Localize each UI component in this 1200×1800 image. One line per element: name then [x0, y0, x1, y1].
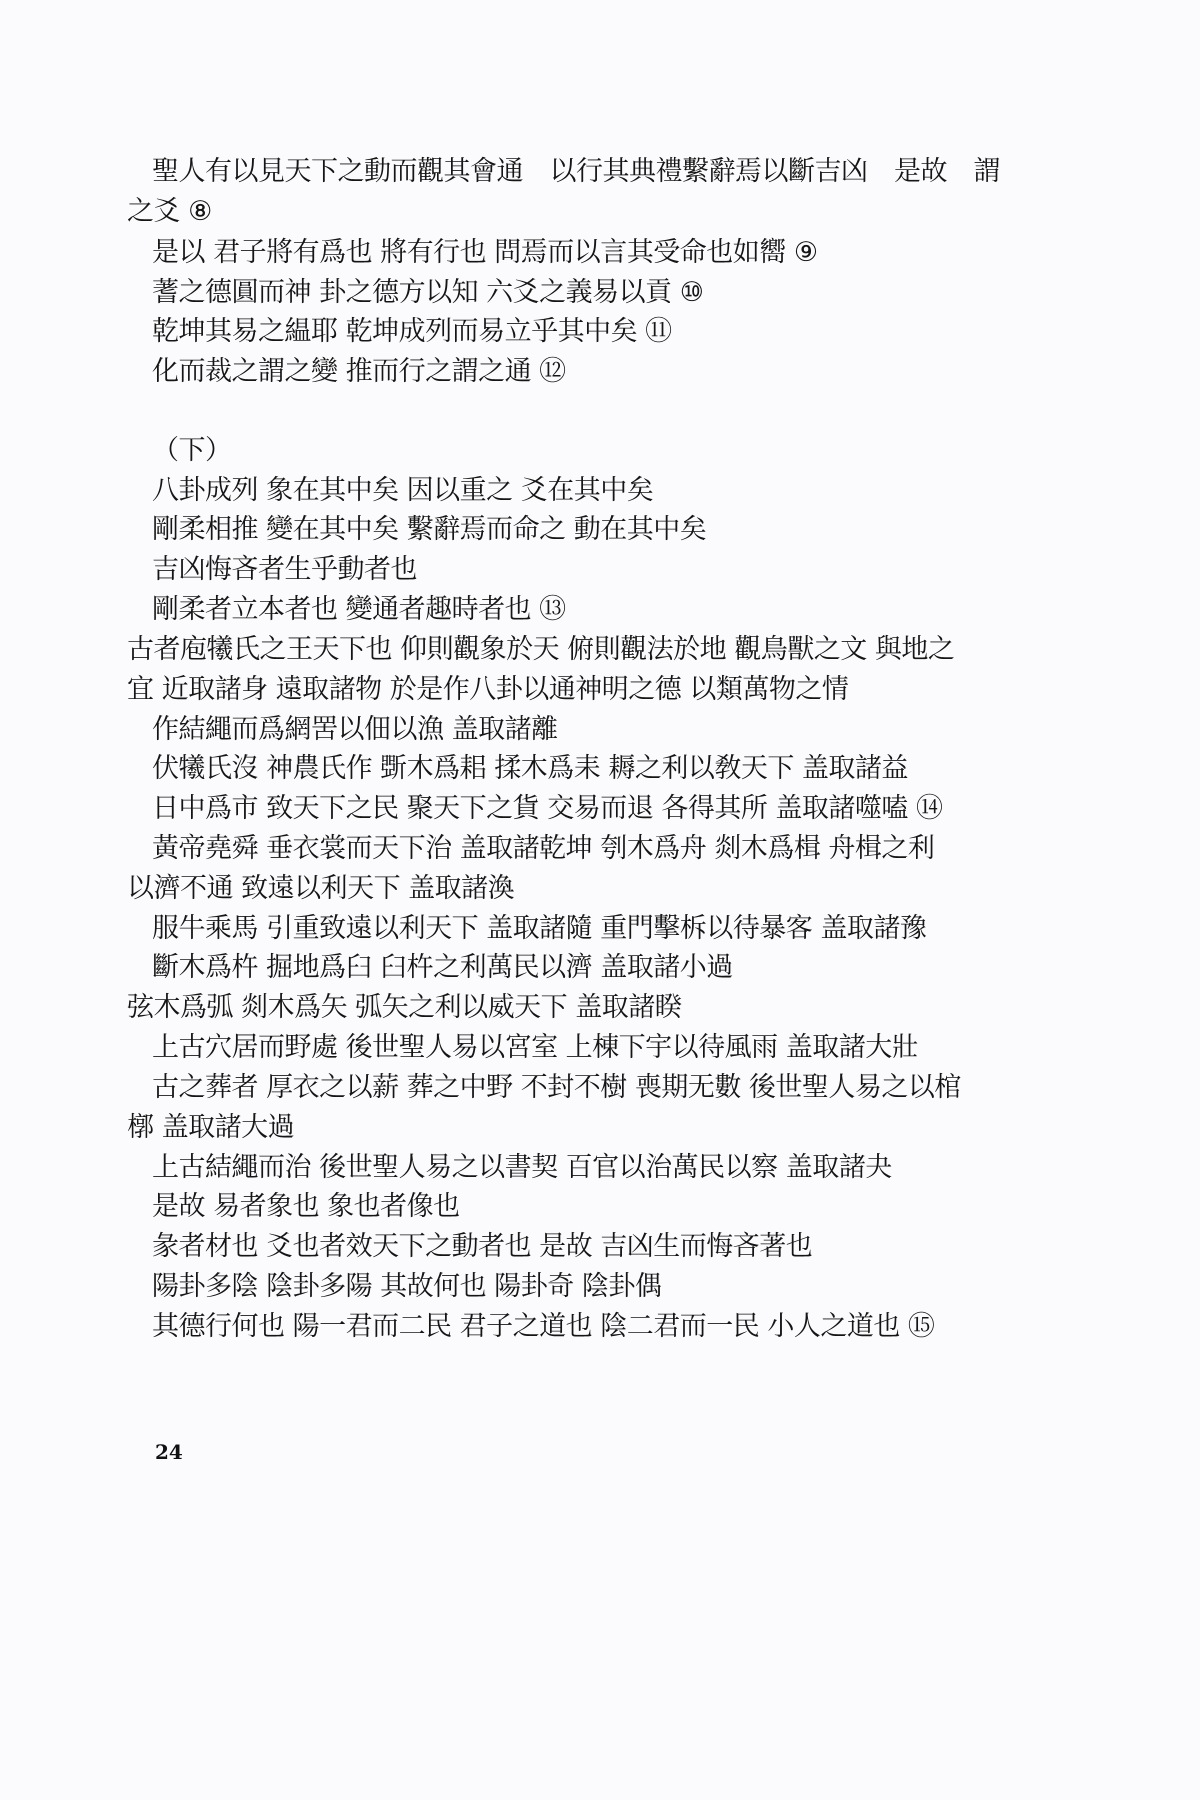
text-line: 化而裁之謂之變 推而行之謂之通 ⑫ — [152, 355, 566, 389]
text-line: 作結繩而爲網罟以佃以漁 盖取諸離 — [152, 713, 558, 747]
text-line: 之爻 ⑧ — [127, 195, 212, 229]
text-line: 伏犧氏沒 神農氏作 斲木爲耜 揉木爲耒 耨之利以敎天下 盖取諸益 — [152, 752, 908, 786]
text-line: 聖人有以見天下之動而觀其會通 以行其典禮繫辭焉以斷吉凶 是故 謂 — [152, 155, 1000, 189]
text-line: 剛柔者立本者也 變通者趣時者也 ⑬ — [152, 593, 566, 627]
text-line: 是以 君子將有爲也 將有行也 問焉而以言其受命也如嚮 ⑨ — [152, 236, 818, 270]
text-line: 陽卦多陰 陰卦多陽 其故何也 陽卦奇 陰卦偶 — [152, 1270, 661, 1304]
text-line: 蓍之德圓而神 卦之德方以知 六爻之義易以貢 ⑩ — [152, 276, 703, 310]
text-line: 八卦成列 象在其中矣 因以重之 爻在其中矣 — [152, 474, 653, 508]
text-line: 宜 近取諸身 遠取諸物 於是作八卦以通神明之德 以類萬物之情 — [127, 673, 848, 707]
text-line: 是故 易者象也 象也者像也 — [152, 1190, 460, 1224]
text-line: 古者庖犧氏之王天下也 仰則觀象於天 俯則觀法於地 觀鳥獸之文 與地之 — [127, 633, 954, 667]
text-line: 乾坤其易之緼耶 乾坤成列而易立乎其中矣 ⑪ — [152, 315, 672, 349]
text-line: 古之葬者 厚衣之以薪 葬之中野 不封不樹 喪期无數 後世聖人易之以棺 — [152, 1071, 961, 1105]
text-line: 其德行何也 陽一君而二民 君子之道也 陰二君而一民 小人之道也 ⑮ — [152, 1310, 934, 1344]
text-line: 剛柔相推 變在其中矣 繫辭焉而命之 動在其中矣 — [152, 513, 706, 547]
text-line: 斷木爲杵 掘地爲臼 臼杵之利萬民以濟 盖取諸小過 — [152, 951, 733, 985]
text-line: 服牛乘馬 引重致遠以利天下 盖取諸隨 重門擊柝以待暴客 盖取諸豫 — [152, 912, 926, 946]
text-line: 槨 盖取諸大過 — [127, 1111, 294, 1145]
text-line: 上古穴居而野處 後世聖人易以宮室 上棟下宇以待風雨 盖取諸大壯 — [152, 1031, 918, 1065]
document-page: 聖人有以見天下之動而觀其會通 以行其典禮繫辭焉以斷吉凶 是故 謂 之爻 ⑧ 是以… — [0, 0, 1200, 1800]
text-line: 上古結繩而治 後世聖人易之以書契 百官以治萬民以察 盖取諸夬 — [152, 1151, 892, 1185]
text-line: 吉凶悔吝者生乎動者也 — [152, 553, 417, 587]
text-line: 弦木爲弧 剡木爲矢 弧矢之利以威天下 盖取諸睽 — [127, 991, 681, 1025]
page-number: 24 — [155, 1440, 183, 1464]
section-heading: （下） — [152, 434, 232, 468]
text-line: 日中爲市 致天下之民 聚天下之貨 交易而退 各得其所 盖取諸噬嗑 ⑭ — [152, 792, 943, 826]
text-line: 彖者材也 爻也者效天下之動者也 是故 吉凶生而悔吝著也 — [152, 1230, 812, 1264]
text-line: 黃帝堯舜 垂衣裳而天下治 盖取諸乾坤 刳木爲舟 剡木爲楫 舟楫之利 — [152, 832, 934, 866]
text-line: 以濟不通 致遠以利天下 盖取諸渙 — [127, 872, 514, 906]
